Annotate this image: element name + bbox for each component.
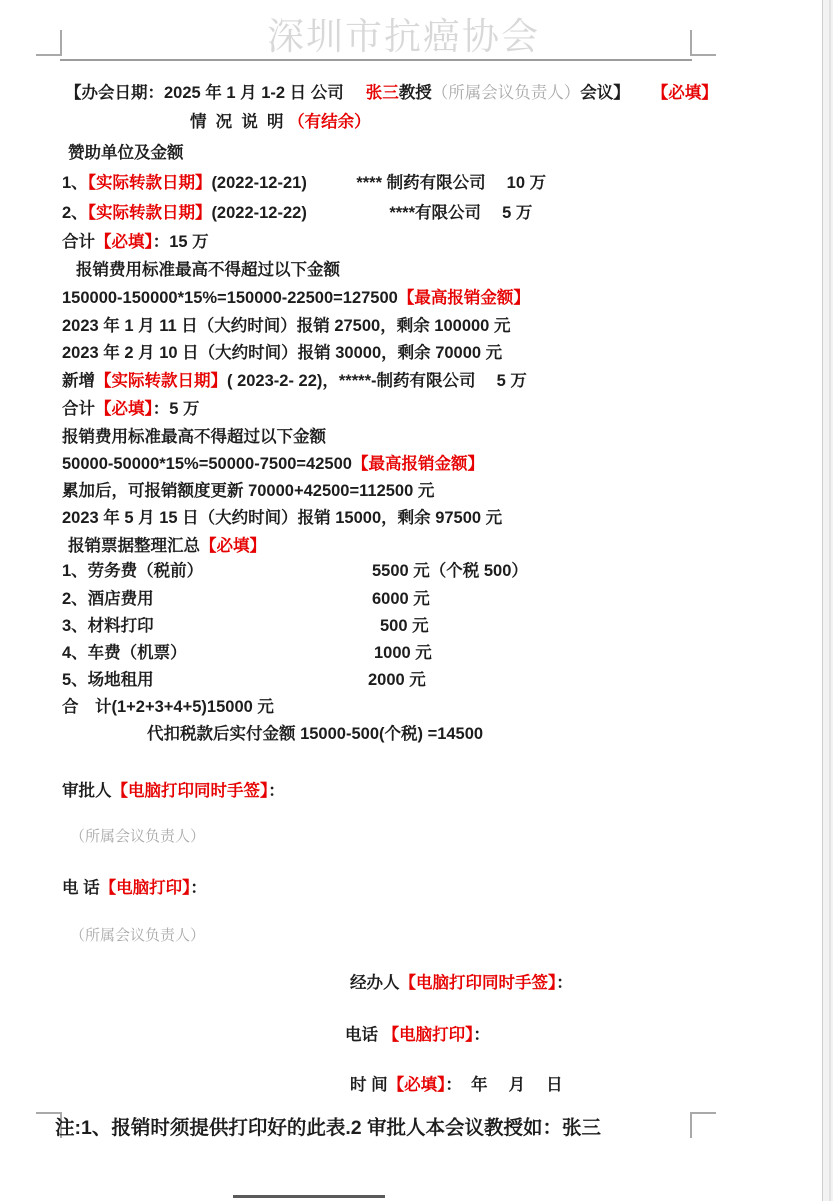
total-line-2: 合计【必填】：5 万 — [62, 400, 200, 420]
item-number: 1、 — [62, 174, 88, 192]
new-label: 新增 — [62, 372, 95, 390]
phone-role-note: （所属会议负责人） — [70, 927, 205, 945]
crop-mark-bottom-right — [690, 1112, 716, 1138]
calc-line-1: 150000-150000*15%=150000-22500=127500【最高… — [62, 289, 530, 309]
phone-line-1: 电 话【电脑打印】： — [62, 879, 207, 899]
expense-label: 4、车费（机票） — [62, 644, 187, 662]
summary-heading: 报销票据整理汇总【必填】 — [68, 537, 266, 557]
date-label: 时 间 — [350, 1076, 388, 1094]
required-tag: 【必填】 — [95, 400, 153, 418]
role-note: （所属会议负责人） — [432, 84, 581, 102]
crop-mark-top-right — [690, 30, 716, 56]
sponsor-item-2: 2、【实际转款日期】(2022-12-22) ****有限公司 5 万 — [62, 204, 532, 224]
year-month-day-blanks: 年 月 日 — [462, 1076, 563, 1094]
item-number: 2、 — [62, 204, 88, 222]
expense-amount: 500 元 — [380, 617, 429, 637]
expense-row: 5、场地租用2000 元 — [62, 671, 154, 691]
print-sign-tag: 【电脑打印同时手签】 — [112, 782, 269, 800]
page-title: 深圳市抗癌协会 — [0, 6, 807, 60]
transfer-date-tag: 【实际转款日期】 — [88, 174, 212, 192]
colon: ： — [445, 1076, 462, 1094]
footnote-separator — [233, 1195, 385, 1198]
max-amount-tag: 【最高报销金额】 — [398, 289, 530, 307]
calc-formula: 150000-150000*15%=150000-22500=127500 — [62, 289, 398, 307]
crop-mark-top-left — [36, 30, 62, 56]
expense-label: 1、劳务费（税前） — [62, 562, 203, 580]
colon: ： — [473, 1026, 490, 1044]
calc-formula: 50000-50000*15%=50000-7500=42500 — [62, 455, 352, 473]
expense-row: 2、酒店费用6000 元 — [62, 590, 154, 610]
total-line-1: 合计【必填】：15 万 — [62, 233, 209, 253]
document-page: 深圳市抗癌协会 【办会日期：2025 年 1 月 1-2 日 公司张三教授（所属… — [0, 0, 833, 1201]
print-tag: 【电脑打印】 — [100, 879, 191, 897]
usage-line-2: 2023 年 2 月 10 日（大约时间）报销 30000，剩余 70000 元 — [62, 344, 502, 364]
phone-label: 电话 — [345, 1026, 383, 1044]
expense-label: 2、酒店费用 — [62, 590, 154, 608]
phone-label: 电 话 — [62, 879, 100, 897]
handler-line: 经办人【电脑打印同时手签】： — [350, 974, 573, 994]
surplus-note: （有结余） — [288, 113, 371, 131]
limit-note-1: 报销费用标准最高不得超过以下金额 — [76, 261, 340, 281]
sponsor-item-1: 1、【实际转款日期】(2022-12-21) **** 制药有限公司 10 万 — [62, 174, 546, 194]
expense-amount: 6000 元 — [372, 590, 430, 610]
total-label: 合计 — [62, 233, 95, 251]
situation-title-line: 情 况 说 明 （有结余） — [190, 113, 371, 133]
handler-label: 经办人 — [350, 974, 400, 992]
meeting-suffix: 会议】 — [580, 84, 630, 102]
header-underline — [60, 59, 692, 61]
expense-label: 5、场地租用 — [62, 671, 154, 689]
total-value: ：15 万 — [153, 233, 209, 251]
scrollbar-track-line — [829, 0, 831, 1201]
approver-role-note: （所属会议负责人） — [70, 828, 205, 846]
date-line: 时 间【必填】： 年 月 日 — [350, 1076, 563, 1096]
max-amount-tag: 【最高报销金额】 — [352, 455, 484, 473]
expense-label: 3、材料打印 — [62, 617, 154, 635]
total-value: ：5 万 — [153, 400, 200, 418]
cumulative-line: 累加后，可报销额度更新 70000+42500=112500 元 — [62, 482, 434, 502]
print-tag: 【电脑打印】 — [383, 1026, 474, 1044]
required-tag: 【必填】 — [95, 233, 153, 251]
phone-line-2: 电话 【电脑打印】： — [345, 1026, 490, 1046]
required-tag: 【必填】 — [388, 1076, 446, 1094]
footnote: 注:1、报销时须提供打印好的此表.2 审批人本会议教授如：张三 — [55, 1117, 601, 1140]
calc-line-2: 50000-50000*15%=50000-7500=42500【最高报销金额】 — [62, 455, 484, 475]
required-tag: 【必填】 — [200, 537, 266, 555]
expense-amount: 1000 元 — [374, 644, 432, 664]
meeting-date-line: 【办会日期：2025 年 1 月 1-2 日 公司张三教授（所属会议负责人）会议… — [65, 84, 718, 104]
sponsor-detail: (2022-12-22) ****有限公司 5 万 — [211, 204, 532, 222]
summary-title: 报销票据整理汇总 — [68, 537, 200, 555]
approver-line: 审批人【电脑打印同时手签】： — [62, 782, 285, 802]
approver-label: 审批人 — [62, 782, 112, 800]
meeting-date-text: 【办会日期：2025 年 1 月 1-2 日 公司 — [65, 84, 344, 102]
sponsor-detail: (2022-12-21) **** 制药有限公司 10 万 — [211, 174, 546, 192]
required-tag: 【必填】 — [652, 84, 718, 102]
colon: ： — [190, 879, 207, 897]
new-transfer-detail: ( 2023-2- 22)，*****-制药有限公司 5 万 — [227, 372, 527, 390]
expense-amount: 5500 元（个税 500） — [372, 562, 528, 582]
sponsor-heading: 赞助单位及金额 — [68, 144, 184, 164]
usage-line-3: 2023 年 5 月 15 日（大约时间）报销 15000，剩余 97500 元 — [62, 509, 502, 529]
situation-title: 情 况 说 明 — [190, 113, 288, 131]
expense-row: 1、劳务费（税前）5500 元（个税 500） — [62, 562, 203, 582]
transfer-date-tag: 【实际转款日期】 — [95, 372, 227, 390]
transfer-date-tag: 【实际转款日期】 — [88, 204, 212, 222]
expense-row: 4、车费（机票）1000 元 — [62, 644, 187, 664]
professor-suffix: 教授 — [399, 84, 432, 102]
expense-total-line: 合 计(1+2+3+4+5)15000 元 — [62, 698, 274, 718]
expense-amount: 2000 元 — [368, 671, 426, 691]
colon: ： — [268, 782, 285, 800]
limit-note-2: 报销费用标准最高不得超过以下金额 — [62, 428, 326, 448]
usage-line-1: 2023 年 1 月 11 日（大约时间）报销 27500，剩余 100000 … — [62, 317, 510, 337]
expense-row: 3、材料打印500 元 — [62, 617, 154, 637]
professor-name: 张三 — [366, 84, 399, 102]
print-sign-tag: 【电脑打印同时手签】 — [400, 974, 557, 992]
scrollbar[interactable] — [822, 0, 833, 1201]
after-tax-line: 代扣税款后实付金额 15000-500(个税) =14500 — [147, 725, 483, 745]
colon: ： — [556, 974, 573, 992]
total-label: 合计 — [62, 400, 95, 418]
new-transfer-line: 新增【实际转款日期】( 2023-2- 22)，*****-制药有限公司 5 万 — [62, 372, 527, 392]
